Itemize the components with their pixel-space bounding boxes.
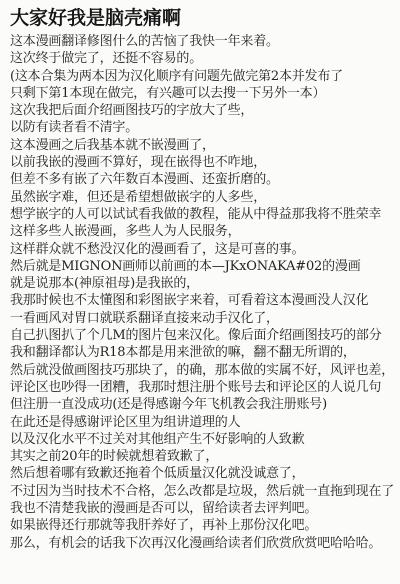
- text-line: 然后想着哪有致歉还拖着个低质量汉化就没诚意了，: [10, 465, 396, 482]
- text-line: 想学嵌字的人可以试试看我做的教程，能从中得益那我将不胜荣幸: [10, 206, 396, 223]
- text-line: 我那时候也不太懂图和彩图嵌字来着，可看着这本漫画没人汉化: [10, 292, 396, 309]
- translator-note-page: 大家好我是脑壳痛啊 这本漫画翻译修图什么的苦恼了我快一年来着。 这次终于做完了，…: [0, 0, 400, 584]
- text-line: 在此还是得感谢评论区里为组讲道理的人: [10, 414, 396, 431]
- text-line: 但差不多有嵌了六年数百本漫画、还蛮折磨的。: [10, 171, 396, 188]
- text-line: 不过因为当时技术不合格，怎么改都是垃圾，然后就一直拖到现在了: [10, 483, 396, 500]
- text-line: 但注册一直没成功(还是得感谢今年飞机教会我注册账号): [10, 396, 396, 413]
- text-line: 一看画风对胃口就联系翻译直接来动手汉化了，: [10, 310, 396, 327]
- text-line: 我和翻译都认为R18本都是用来泄欲的嘛，翻不翻无所谓的，: [10, 344, 396, 361]
- text-line: 我也不清楚我嵌的漫画是否可以，留给读者去评判吧。: [10, 500, 396, 517]
- text-line: 以及汉化水平不过关对其他组产生不好影响的人致歉: [10, 431, 396, 448]
- text-line: 以防有读者看不清字。: [10, 119, 396, 136]
- text-line: 自己扒图扒了个几M的图片包来汉化。像后面介绍画图技巧的部分: [10, 327, 396, 344]
- text-line: 然后就是MIGNON画师以前画的本—JKxONAKA#02的漫画: [10, 258, 396, 275]
- text-line: 以前我嵌的漫画不算好，现在嵌得也不咋地，: [10, 154, 396, 171]
- text-line: 然后就没做画图技巧那块了，的确，那本做的实属不好，风评也差，: [10, 362, 396, 379]
- text-line: 只剩下第1本现在做完，有兴趣可以去搜一下另外一本）: [10, 85, 396, 102]
- text-line: 虽然嵌字难，但还是希望想做嵌字的人多些，: [10, 189, 396, 206]
- text-line: 就是说那本(神原祖母)是我嵌的，: [10, 275, 396, 292]
- text-line: 其实之前20年的时候就想着致歉了，: [10, 448, 396, 465]
- text-line: (这本合集为两本因为汉化顺序有问题先做完第2本并发布了: [10, 68, 396, 85]
- text-line: 这次终于做完了，还挺不容易的。: [10, 50, 396, 67]
- text-line: 评论区也吵得一团糟，我那时想注册个账号去和评论区的人说几句: [10, 379, 396, 396]
- text-line: 这样多些人嵌漫画，多些人为人民服务，: [10, 223, 396, 240]
- text-line: 那么，有机会的话我下次再汉化漫画给读者们欣赏欣赏吧哈哈哈。: [10, 535, 396, 552]
- text-line: 这样群众就不愁没汉化的漫画看了，这是可喜的事。: [10, 241, 396, 258]
- text-line: 这次我把后面介绍画图技巧的字放大了些，: [10, 102, 396, 119]
- page-title: 大家好我是脑壳痛啊: [10, 7, 396, 29]
- text-line: 这本漫画翻译修图什么的苦恼了我快一年来着。: [10, 33, 396, 50]
- text-line: 这本漫画之后我基本就不嵌漫画了，: [10, 137, 396, 154]
- text-line: 如果嵌得还行那就等我肝养好了，再补上那份汉化吧。: [10, 517, 396, 534]
